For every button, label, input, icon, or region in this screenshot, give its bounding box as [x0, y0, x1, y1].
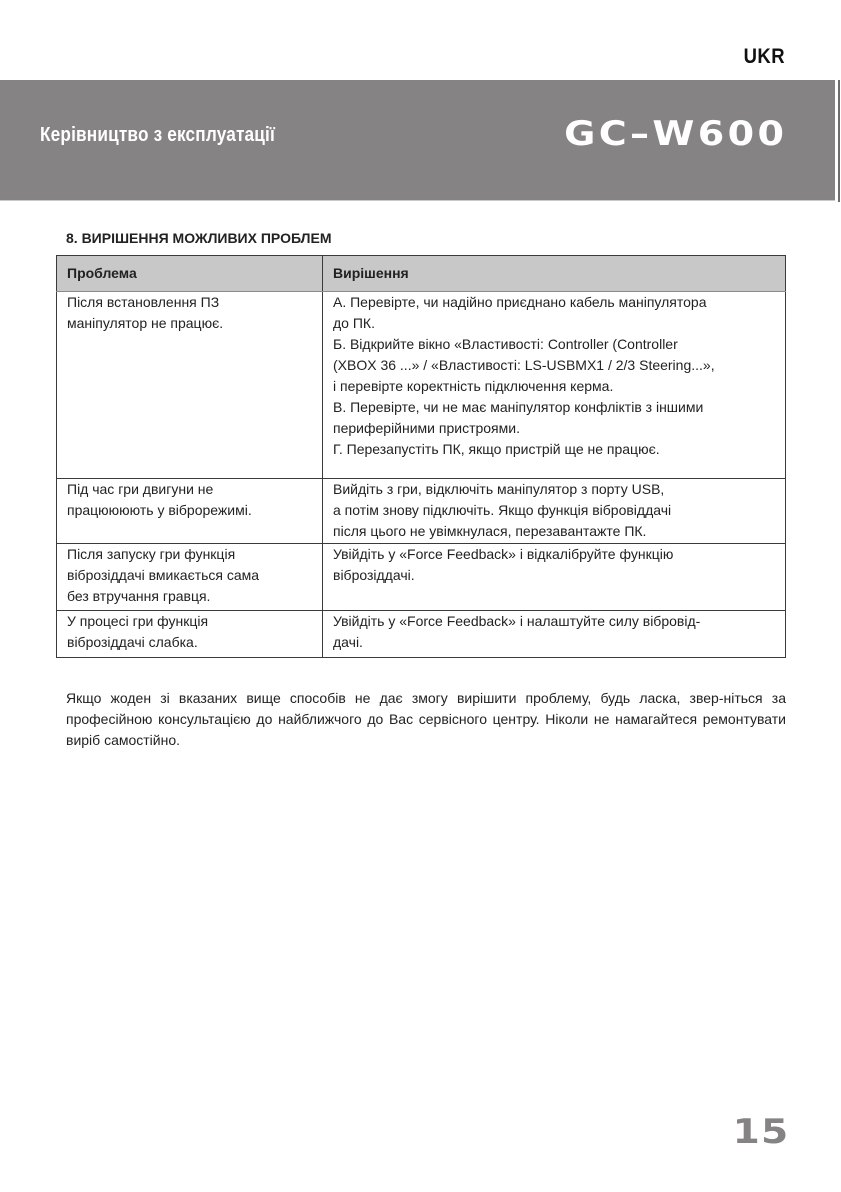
table-row: Після встановлення ПЗманіпулятор не прац… — [57, 292, 786, 479]
footer-note: Якщо жоден зі вказаних вище способів не … — [66, 688, 786, 751]
solution-line: до ПК. — [333, 313, 775, 334]
manual-title: Керівництво з експлуатації — [40, 124, 275, 147]
solution-line: і перевірте коректність підключення керм… — [333, 376, 775, 397]
solution-cell: Увійдіть у «Force Feedback» і відкалібру… — [323, 544, 786, 611]
problem-cell: У процесі гри функціявіброзіддачі слабка… — [57, 611, 323, 658]
solution-line: Вийдіть з гри, відключіть маніпулятор з … — [333, 479, 775, 500]
solution-line: Увійдіть у «Force Feedback» і відкалібру… — [333, 544, 775, 565]
table-header-row: Проблема Вирішення — [57, 256, 786, 292]
solution-line: Увійдіть у «Force Feedback» і налаштуйте… — [333, 611, 775, 632]
problem-line: працюююють у віброрежимі. — [67, 500, 312, 521]
solution-line: після цього не увімкнулася, перезавантаж… — [333, 521, 775, 542]
column-header-problem: Проблема — [57, 256, 323, 292]
solution-line: а потім знову підключіть. Якщо функція в… — [333, 500, 775, 521]
solution-line: віброзіддачі. — [333, 565, 775, 586]
problem-line: віброзіддачі слабка. — [67, 632, 312, 653]
problem-cell: Після встановлення ПЗманіпулятор не прац… — [57, 292, 323, 479]
column-header-solution: Вирішення — [323, 256, 786, 292]
solution-cell: А. Перевірте, чи надійно приєднано кабел… — [323, 292, 786, 479]
table-row: У процесі гри функціявіброзіддачі слабка… — [57, 611, 786, 658]
solution-line: Б. Відкрийте вікно «Властивості: Control… — [333, 334, 775, 355]
solution-line: периферійними пристроями. — [333, 418, 775, 439]
page-number: 15 — [732, 1112, 789, 1152]
troubleshooting-table: Проблема Вирішення Після встановлення ПЗ… — [56, 255, 786, 658]
model-name: GC–W600 — [564, 114, 787, 154]
header-banner: Керівництво з експлуатації GC–W600 — [0, 80, 835, 201]
problem-cell: Під час гри двигуни непрацюююють у вібро… — [57, 479, 323, 544]
solution-line: А. Перевірте, чи надійно приєднано кабел… — [333, 292, 775, 313]
section-heading: 8. ВИРІШЕННЯ МОЖЛИВИХ ПРОБЛЕМ — [66, 230, 332, 246]
problem-cell: Після запуску гри функціявіброзіддачі вм… — [57, 544, 323, 611]
problem-line: Після запуску гри функція — [67, 544, 312, 565]
problem-line: віброзіддачі вмикається сама — [67, 565, 312, 586]
problem-line: Під час гри двигуни не — [67, 479, 312, 500]
solution-line: (XBOX 36 ...» / «Властивості: LS-USBMX1 … — [333, 355, 775, 376]
table-row: Після запуску гри функціявіброзіддачі вм… — [57, 544, 786, 611]
banner-edge-line — [838, 80, 840, 202]
problem-line: У процесі гри функція — [67, 611, 312, 632]
problem-line: без втручання гравця. — [67, 586, 312, 607]
solution-line: В. Перевірте, чи не має маніпулятор конф… — [333, 397, 775, 418]
table-row: Під час гри двигуни непрацюююють у вібро… — [57, 479, 786, 544]
solution-line: дачі. — [333, 632, 775, 653]
problem-line: маніпулятор не працює. — [67, 313, 312, 334]
solution-line: Г. Перезапустіть ПК, якщо пристрій ще не… — [333, 439, 775, 460]
problem-line: Після встановлення ПЗ — [67, 292, 312, 313]
solution-cell: Увійдіть у «Force Feedback» і налаштуйте… — [323, 611, 786, 658]
language-label: UKR — [744, 45, 785, 69]
solution-cell: Вийдіть з гри, відключіть маніпулятор з … — [323, 479, 786, 544]
